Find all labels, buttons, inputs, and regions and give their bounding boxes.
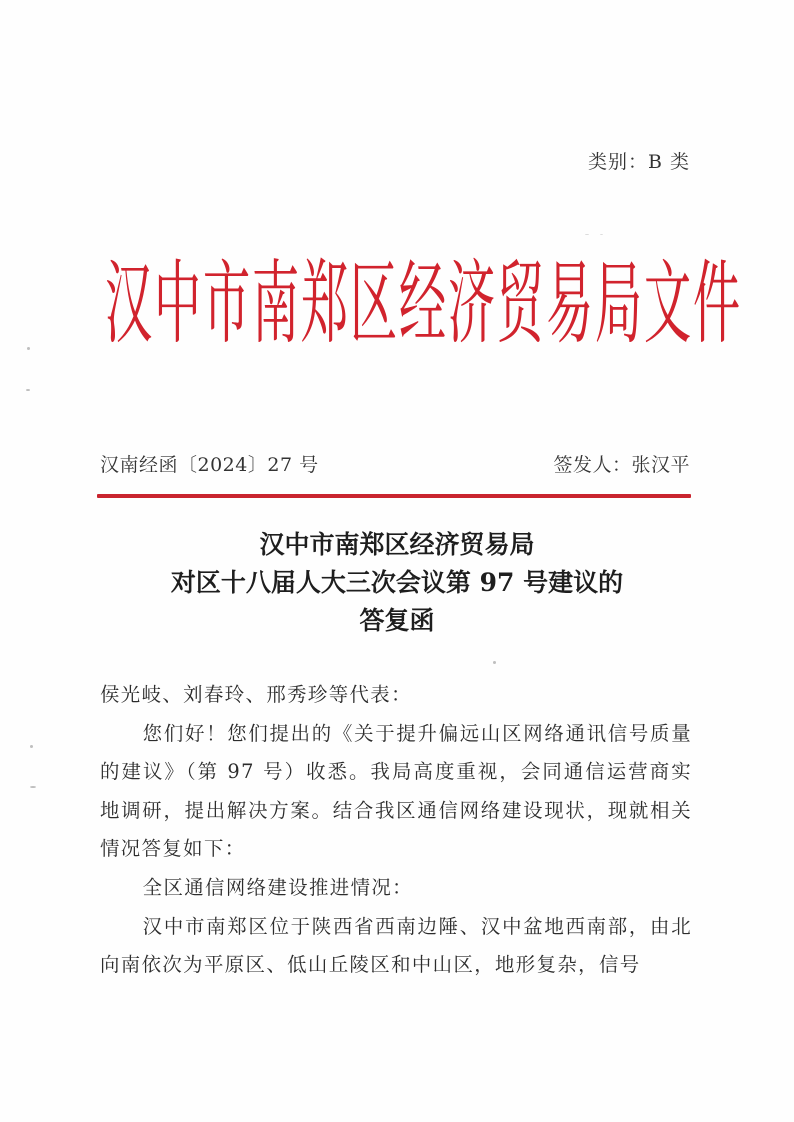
scan-speck: [30, 745, 33, 748]
category-label: 类别：B 类: [588, 147, 690, 174]
masthead-char: 市: [203, 259, 234, 349]
document-number-row: 汉南经函〔2024〕27 号 签发人：张汉平: [100, 450, 690, 477]
scan-speck: [585, 234, 589, 235]
document-page: 类别：B 类 汉 中 市 南 郑 区 经 济 贸 易 局 文 件 汉南经函〔20…: [0, 0, 794, 1122]
masthead-char: 经: [399, 259, 430, 349]
scan-speck: [26, 389, 30, 391]
masthead-char: 济: [448, 259, 479, 349]
scan-speck: [27, 347, 30, 350]
issuer-signature: 签发人：张汉平: [553, 450, 690, 477]
section-heading: 全区通信网络建设推进情况：: [100, 869, 692, 908]
document-number: 汉南经函〔2024〕27 号: [100, 450, 319, 477]
masthead-char: 局: [595, 259, 626, 349]
body-paragraph: 您们好！您们提出的《关于提升偏远山区网络通讯信号质量的建议》（第 97 号）收悉…: [100, 715, 692, 869]
title-line: 汉中市南郑区经济贸易局: [0, 526, 794, 564]
masthead-char: 件: [693, 259, 724, 349]
title-line: 答复函: [0, 602, 794, 640]
masthead-char: 贸: [497, 259, 528, 349]
masthead-char: 汉: [105, 259, 136, 349]
masthead-char: 区: [350, 259, 381, 349]
salutation: 侯光岐、刘春玲、邢秀珍等代表：: [100, 676, 692, 715]
body-paragraph: 汉中市南郑区位于陕西省西南边陲、汉中盆地西南部，由北向南依次为平原区、低山丘陵区…: [100, 908, 692, 985]
scan-speck: [600, 234, 603, 235]
red-masthead-title: 汉 中 市 南 郑 区 经 济 贸 易 局 文 件: [96, 252, 696, 356]
masthead-char: 郑: [301, 259, 332, 349]
title-line: 对区十八届人大三次会议第 97 号建议的: [0, 564, 794, 602]
scan-speck: [30, 786, 36, 788]
document-body: 侯光岐、刘春玲、邢秀珍等代表： 您们好！您们提出的《关于提升偏远山区网络通讯信号…: [100, 676, 692, 985]
document-title: 汉中市南郑区经济贸易局 对区十八届人大三次会议第 97 号建议的 答复函: [0, 526, 794, 640]
red-divider-rule: [97, 494, 691, 498]
masthead-char: 中: [154, 259, 185, 349]
scan-speck: [493, 661, 496, 664]
masthead-char: 易: [546, 259, 577, 349]
masthead-char: 文: [644, 259, 675, 349]
masthead-char: 南: [252, 259, 283, 349]
